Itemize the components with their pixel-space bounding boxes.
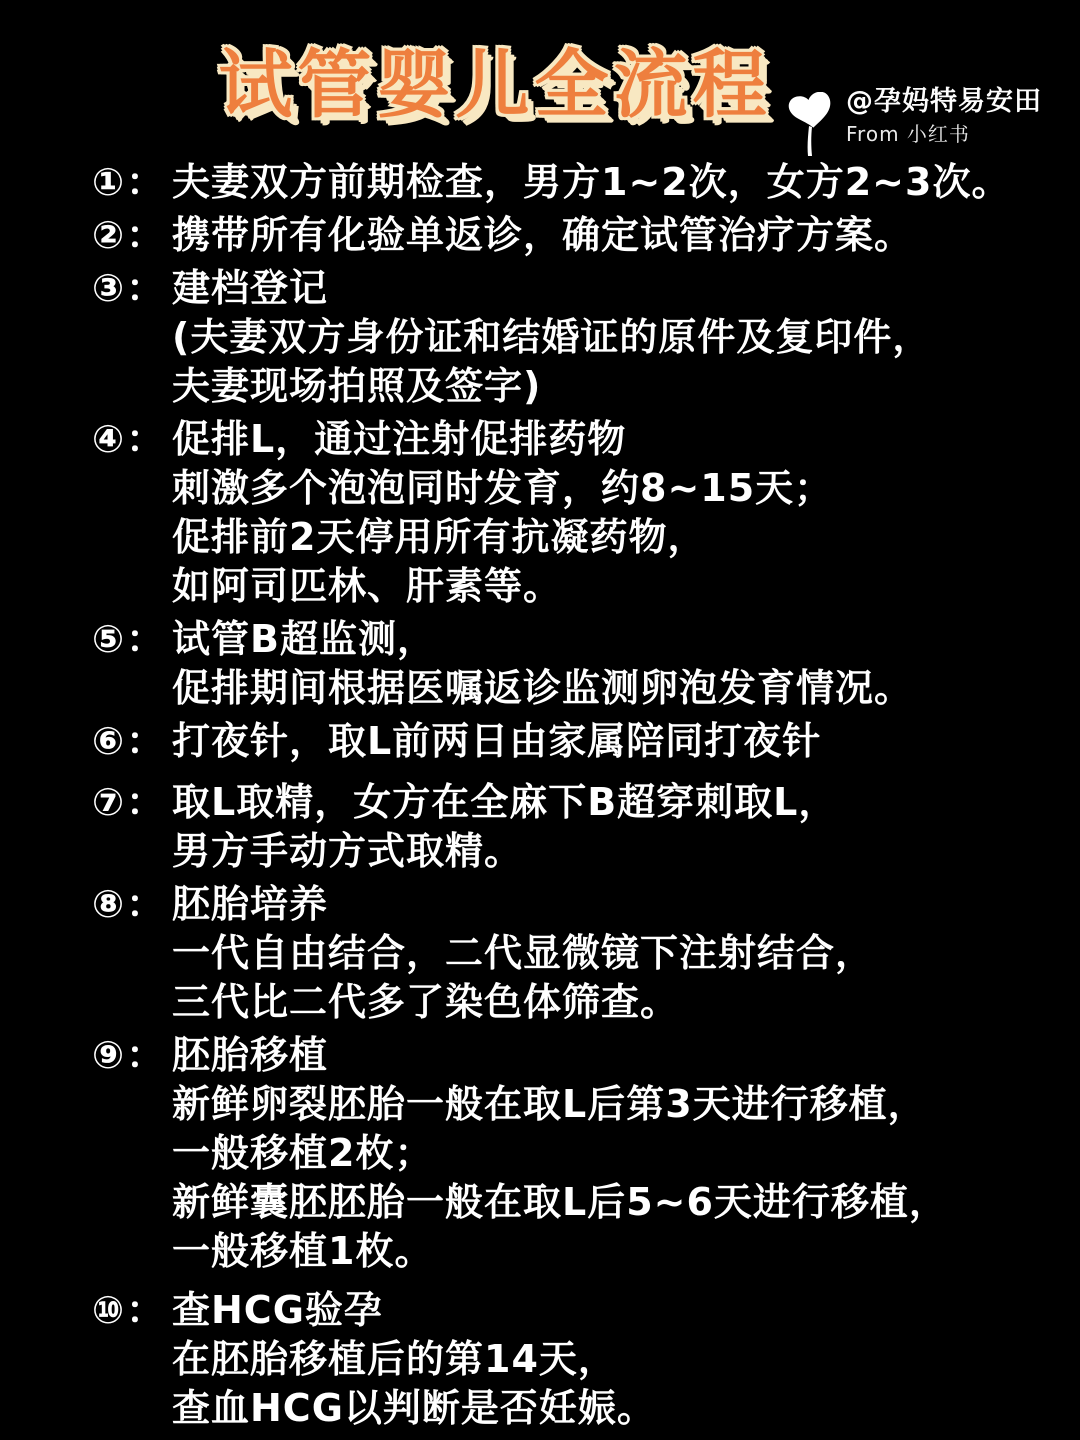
step-number: ⑩： [92, 1286, 172, 1335]
step-item-3: ③：建档登记(夫妻双方身份证和结婚证的原件及复印件，夫妻现场拍照及签字) [92, 264, 1050, 411]
step-line: 在胚胎移植后的第14天， [172, 1335, 1050, 1384]
step-item-1: ①：夫妻双方前期检查，男方1~2次，女方2~3次。 [92, 158, 1050, 207]
step-text: 胚胎培养一代自由结合，二代显微镜下注射结合，三代比二代多了染色体筛查。 [172, 880, 1050, 1027]
step-line: 打夜针，取L前两日由家属陪同打夜针 [172, 717, 1050, 766]
step-text: 携带所有化验单返诊，确定试管治疗方案。 [172, 211, 1050, 260]
step-number: ⑧： [92, 880, 172, 929]
step-number: ①： [92, 158, 172, 207]
step-item-5: ⑤：试管B超监测，促排期间根据医嘱返诊监测卵泡发育情况。 [92, 615, 1050, 713]
author-handle: @孕妈特易安田 [846, 86, 1042, 117]
attribution-text: @孕妈特易安田 From 小红书 [846, 86, 1042, 146]
step-number: ③： [92, 264, 172, 313]
step-text: 建档登记(夫妻双方身份证和结婚证的原件及复印件，夫妻现场拍照及签字) [172, 264, 1050, 411]
step-text: 打夜针，取L前两日由家属陪同打夜针 [172, 717, 1050, 766]
step-line: 取L取精，女方在全麻下B超穿刺取L， [172, 778, 1050, 827]
step-line: 新鲜囊胚胚胎一般在取L后5~6天进行移植， [172, 1178, 1050, 1227]
steps-list: ①：夫妻双方前期检查，男方1~2次，女方2~3次。②：携带所有化验单返诊，确定试… [0, 150, 1080, 1433]
infographic-page: 试管婴儿全流程 @孕妈特易安田 From 小红书 ①：夫妻双方前期检查，男方1~… [0, 0, 1080, 1440]
step-line: 试管B超监测， [172, 615, 1050, 664]
step-line: 一般移植1枚。 [172, 1227, 1050, 1276]
step-number: ④： [92, 415, 172, 464]
step-number: ⑤： [92, 615, 172, 664]
step-number: ⑦： [92, 778, 172, 827]
step-line: 建档登记 [172, 264, 1050, 313]
step-line: 胚胎移植 [172, 1031, 1050, 1080]
step-item-2: ②：携带所有化验单返诊，确定试管治疗方案。 [92, 211, 1050, 260]
step-item-7: ⑦：取L取精，女方在全麻下B超穿刺取L，男方手动方式取精。 [92, 778, 1050, 876]
step-text: 查HCG验孕在胚胎移植后的第14天，查血HCG以判断是否妊娠。 [172, 1286, 1050, 1433]
step-line: 促排L，通过注射促排药物 [172, 415, 1050, 464]
step-item-4: ④：促排L，通过注射促排药物刺激多个泡泡同时发育，约8~15天；促排前2天停用所… [92, 415, 1050, 611]
step-line: 一般移植2枚； [172, 1129, 1050, 1178]
step-item-8: ⑧：胚胎培养一代自由结合，二代显微镜下注射结合，三代比二代多了染色体筛查。 [92, 880, 1050, 1027]
step-text: 促排L，通过注射促排药物刺激多个泡泡同时发育，约8~15天；促排前2天停用所有抗… [172, 415, 1050, 611]
step-number: ⑨： [92, 1031, 172, 1080]
step-line: 三代比二代多了染色体筛查。 [172, 978, 1050, 1027]
step-line: 胚胎培养 [172, 880, 1050, 929]
header: 试管婴儿全流程 @孕妈特易安田 From 小红书 [0, 0, 1080, 150]
step-line: 刺激多个泡泡同时发育，约8~15天； [172, 464, 1050, 513]
step-number: ⑥： [92, 717, 172, 766]
step-text: 胚胎移植新鲜卵裂胚胎一般在取L后第3天进行移植，一般移植2枚；新鲜囊胚胚胎一般在… [172, 1031, 1050, 1276]
step-text: 取L取精，女方在全麻下B超穿刺取L，男方手动方式取精。 [172, 778, 1050, 876]
step-line: 促排前2天停用所有抗凝药物， [172, 513, 1050, 562]
step-item-9: ⑨：胚胎移植新鲜卵裂胚胎一般在取L后第3天进行移植，一般移植2枚；新鲜囊胚胚胎一… [92, 1031, 1050, 1276]
step-line: 夫妻现场拍照及签字) [172, 362, 1050, 411]
step-line: 男方手动方式取精。 [172, 827, 1050, 876]
step-line: 一代自由结合，二代显微镜下注射结合， [172, 929, 1050, 978]
step-text: 夫妻双方前期检查，男方1~2次，女方2~3次。 [172, 158, 1050, 207]
step-line: 查HCG验孕 [172, 1286, 1050, 1335]
source-label: From 小红书 [846, 123, 1042, 146]
step-line: 新鲜卵裂胚胎一般在取L后第3天进行移植， [172, 1080, 1050, 1129]
attribution: @孕妈特易安田 From 小红书 [784, 86, 1042, 158]
step-text: 试管B超监测，促排期间根据医嘱返诊监测卵泡发育情况。 [172, 615, 1050, 713]
step-line: 携带所有化验单返诊，确定试管治疗方案。 [172, 211, 1050, 260]
step-number: ②： [92, 211, 172, 260]
step-item-6: ⑥：打夜针，取L前两日由家属陪同打夜针 [92, 717, 1050, 766]
step-line: 夫妻双方前期检查，男方1~2次，女方2~3次。 [172, 158, 1050, 207]
step-line: 如阿司匹林、肝素等。 [172, 562, 1050, 611]
heart-balloon-icon [784, 92, 836, 158]
step-line: 促排期间根据医嘱返诊监测卵泡发育情况。 [172, 664, 1050, 713]
step-line: 查血HCG以判断是否妊娠。 [172, 1384, 1050, 1433]
step-line: (夫妻双方身份证和结婚证的原件及复印件， [172, 313, 1050, 362]
step-item-10: ⑩：查HCG验孕在胚胎移植后的第14天，查血HCG以判断是否妊娠。 [92, 1286, 1050, 1433]
